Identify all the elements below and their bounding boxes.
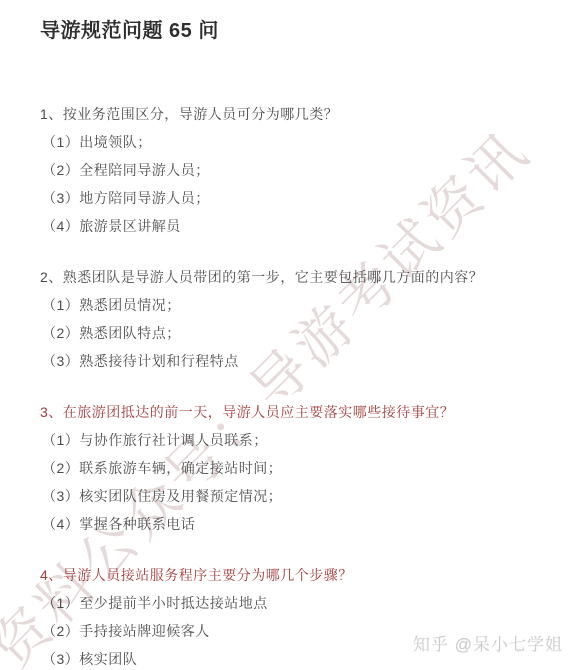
answer-item: （1）出境领队； xyxy=(42,128,548,156)
document-page: 资料公众号：导游考试资讯 导游规范问题 65 问 1、按业务范围区分，导游人员可… xyxy=(0,0,576,670)
answer-item: （3）熟悉接待计划和行程特点 xyxy=(42,347,548,375)
answer-item: （4）旅游景区讲解员 xyxy=(42,212,548,240)
question-title: 2、熟悉团队是导游人员带团的第一步，它主要包括哪几方面的内容？ xyxy=(40,263,548,291)
answer-item: （4）掌握各种联系电话 xyxy=(42,510,548,538)
answer-item: （1）熟悉团员情况； xyxy=(42,291,548,319)
answer-item: （3）核实团队住房及用餐预定情况； xyxy=(42,482,548,510)
question-title: 4、导游人员接站服务程序主要分为哪几个步骤？ xyxy=(40,561,548,589)
question-block-1: 1、按业务范围区分，导游人员可分为哪几类？ （1）出境领队； （2）全程陪同导游… xyxy=(40,100,548,240)
answer-item: （2）联系旅游车辆，确定接站时间； xyxy=(42,454,548,482)
question-title: 3、在旅游团抵达的前一天，导游人员应主要落实哪些接待事宜？ xyxy=(40,398,548,426)
answer-item: （1）与协作旅行社计调人员联系； xyxy=(42,426,548,454)
question-title: 1、按业务范围区分，导游人员可分为哪几类？ xyxy=(40,100,548,128)
answer-item: （1）至少提前半小时抵达接站地点 xyxy=(42,589,548,617)
zhihu-attribution: 知乎 @呆小七学姐 xyxy=(413,634,563,656)
question-block-2: 2、熟悉团队是导游人员带团的第一步，它主要包括哪几方面的内容？ （1）熟悉团员情… xyxy=(40,263,548,375)
answer-item: （2）全程陪同导游人员； xyxy=(42,156,548,184)
page-title: 导游规范问题 65 问 xyxy=(40,16,548,46)
question-block-3: 3、在旅游团抵达的前一天，导游人员应主要落实哪些接待事宜？ （1）与协作旅行社计… xyxy=(40,398,548,538)
answer-item: （3）地方陪同导游人员； xyxy=(42,184,548,212)
answer-item: （2）熟悉团队特点； xyxy=(42,319,548,347)
document-body: 导游规范问题 65 问 1、按业务范围区分，导游人员可分为哪几类？ （1）出境领… xyxy=(0,0,576,670)
